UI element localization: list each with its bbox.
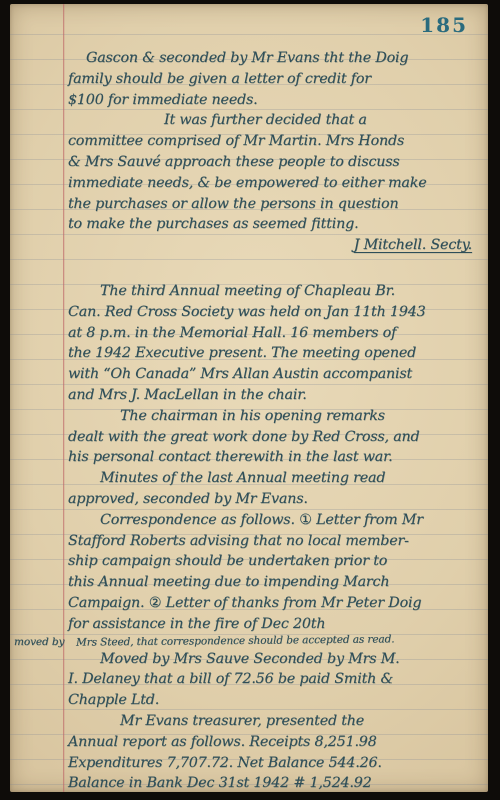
handwritten-line: Stafford Roberts advising that no local …	[68, 531, 480, 552]
handwritten-line: Can. Red Cross Society was held on Jan 1…	[68, 302, 480, 323]
handwritten-line: committee comprised of Mr Martin. Mrs Ho…	[68, 131, 480, 152]
handwritten-line: Balance in Bank Dec 31st 1942 # 1,524.92	[68, 773, 480, 794]
handwritten-line: the 1942 Executive present. The meeting …	[68, 343, 480, 364]
handwritten-line: Chapple Ltd.	[68, 690, 480, 711]
handwritten-line: Campaign. ② Letter of thanks from Mr Pet…	[68, 593, 480, 614]
handwritten-minutes: Gascon & seconded by Mr Evans tht the Do…	[68, 48, 480, 794]
handwritten-line: It was further decided that a	[68, 110, 480, 131]
handwritten-line: The third Annual meeting of Chapleau Br.	[68, 281, 480, 302]
handwritten-line: at 8 p.m. in the Memorial Hall. 16 membe…	[68, 323, 480, 344]
margin-annotation: moved by	[14, 636, 64, 648]
interline-annotation: moved by Mrs Steed, that correspondence …	[68, 635, 480, 649]
scanned-minute-book-photo: { "page": { "number": "185" }, "colors":…	[0, 0, 500, 800]
handwritten-line: $100 for immediate needs.	[68, 90, 480, 111]
handwritten-line: & Mrs Sauvé approach these people to dis…	[68, 152, 480, 173]
handwritten-line: I. Delaney that a bill of 72.56 be paid …	[68, 669, 480, 690]
handwritten-line: to make the purchases as seemed fitting.	[68, 214, 480, 235]
handwritten-line: Mr Evans treasurer, presented the	[68, 711, 480, 732]
handwritten-line: Correspondence as follows. ① Letter from…	[68, 510, 480, 531]
handwritten-line: Expenditures 7,707.72. Net Balance 544.2…	[68, 753, 480, 774]
handwritten-line: this Annual meeting due to impending Mar…	[68, 572, 480, 593]
handwritten-line: family should be given a letter of credi…	[68, 69, 480, 90]
handwritten-line: his personal contact therewith in the la…	[68, 447, 480, 468]
handwritten-line: Gascon & seconded by Mr Evans tht the Do…	[68, 48, 480, 69]
handwritten-line: for assistance in the fire of Dec 20th	[68, 614, 480, 635]
handwritten-line: immediate needs, & be empowered to eithe…	[68, 173, 480, 194]
handwritten-line: the purchases or allow the persons in qu…	[68, 194, 480, 215]
handwritten-line: Minutes of the last Annual meeting read	[68, 468, 480, 489]
handwritten-line: approved, seconded by Mr Evans.	[68, 489, 480, 510]
inserted-correction-text: Mrs Steed, that correspondence should be…	[76, 633, 395, 648]
handwritten-line: and Mrs J. MacLellan in the chair.	[68, 385, 480, 406]
ledger-page: 185 Gascon & seconded by Mr Evans tht th…	[10, 4, 488, 792]
handwritten-line: Annual report as follows. Receipts 8,251…	[68, 732, 480, 753]
paragraph-gap	[68, 256, 480, 281]
handwritten-line: The chairman in his opening remarks	[68, 406, 480, 427]
margin-rule-line	[63, 4, 64, 792]
handwritten-line: with “Oh Canada” Mrs Allan Austin accomp…	[68, 364, 480, 385]
handwritten-line: dealt with the great work done by Red Cr…	[68, 427, 480, 448]
handwritten-line: ship campaign should be undertaken prior…	[68, 551, 480, 572]
secretary-signature: J Mitchell. Secty.	[68, 235, 480, 256]
handwritten-line: Moved by Mrs Sauve Seconded by Mrs M.	[68, 649, 480, 670]
page-number: 185	[420, 13, 468, 37]
